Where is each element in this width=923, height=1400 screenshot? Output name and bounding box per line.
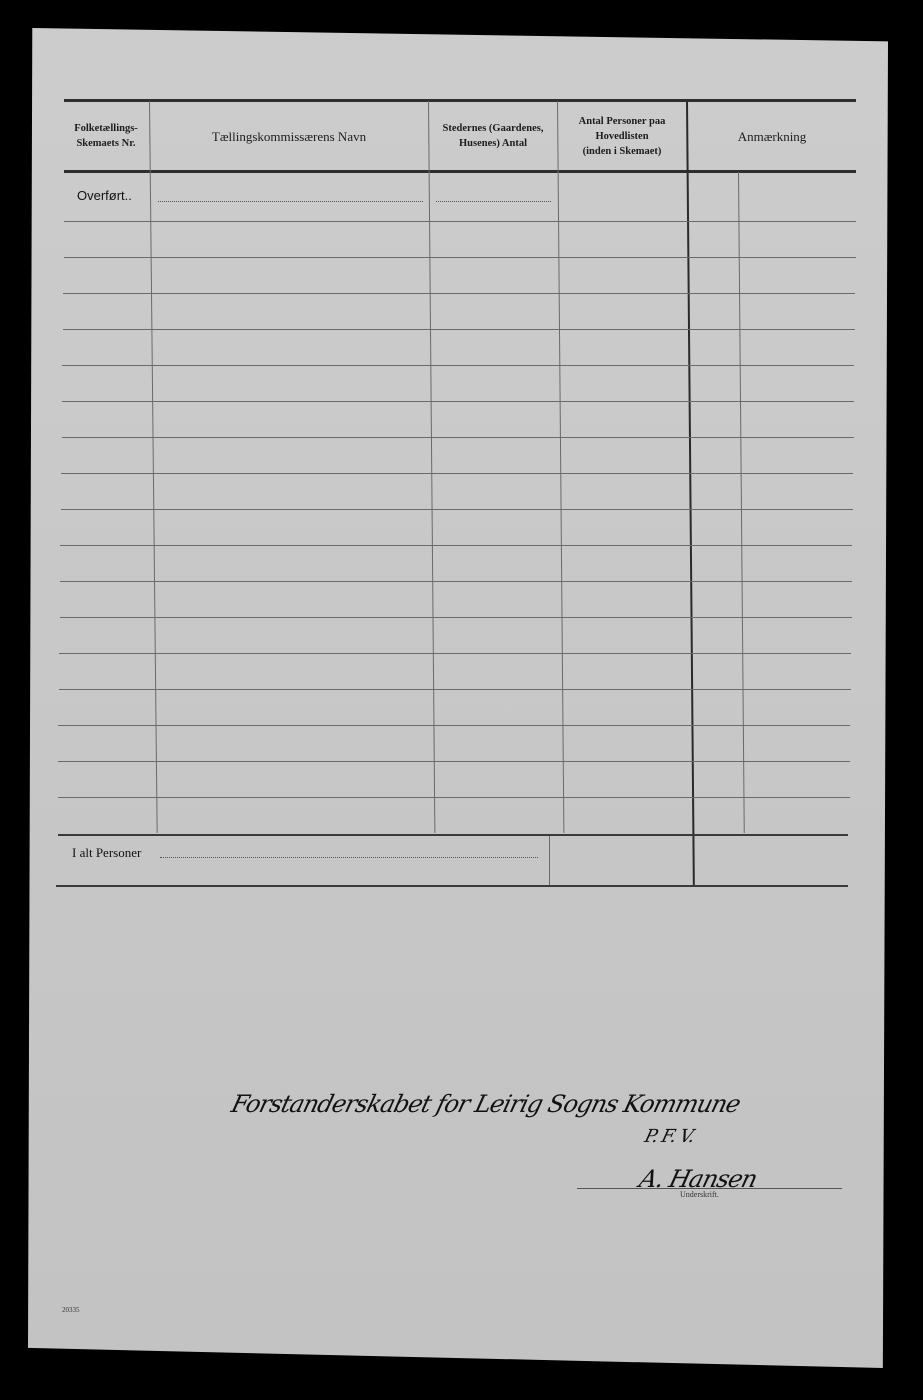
print-code: 20335 — [62, 1306, 80, 1314]
table-row-rule — [64, 221, 856, 222]
header-commissioner-name: Tællingskommissærens Navn — [150, 103, 428, 169]
total-dots — [160, 857, 538, 858]
table-row-rule — [64, 257, 856, 258]
table-row-rule — [63, 293, 855, 294]
signature-line — [577, 1188, 842, 1189]
header-remarks: Anmærkning — [688, 103, 856, 169]
table-row-rule — [58, 725, 850, 726]
table-row-rule — [62, 401, 854, 402]
header-places-count: Stedernes (Gaardenes, Husenes) Antal — [429, 103, 557, 169]
carried-forward-label: Overført.. — [77, 188, 132, 203]
table-row-rule — [60, 581, 852, 582]
header-persons-count: Antal Personer paa Hovedlisten (inden i … — [558, 103, 686, 169]
table-row-rule — [59, 653, 851, 654]
table-row-rule — [61, 509, 853, 510]
table-row-rule — [59, 689, 851, 690]
table-row-rule — [63, 329, 855, 330]
carried-forward-places-dots — [436, 201, 551, 202]
table-row-rule — [62, 365, 854, 366]
table-row-rule — [60, 617, 852, 618]
total-col-divider — [549, 836, 550, 886]
handwritten-council-name: Forstanderskabet for Leirig Sogns Kommun… — [229, 1090, 743, 1118]
total-top-rule — [58, 834, 848, 836]
table-row-rule — [61, 473, 853, 474]
header-schema-number: Folketællings- Skemaets Nr. — [64, 103, 148, 169]
total-bottom-rule — [56, 885, 848, 887]
handwritten-initials: P. F. V. — [642, 1126, 696, 1147]
table-row-rule — [58, 761, 850, 762]
header-top-rule — [64, 99, 856, 102]
table-row-rule — [58, 797, 850, 798]
signature-caption: Underskrift. — [680, 1190, 719, 1199]
total-persons-label: I alt Personer — [72, 845, 141, 861]
table-row-rule — [60, 545, 852, 546]
carried-forward-name-dots — [158, 201, 423, 202]
table-row-rule — [62, 437, 854, 438]
